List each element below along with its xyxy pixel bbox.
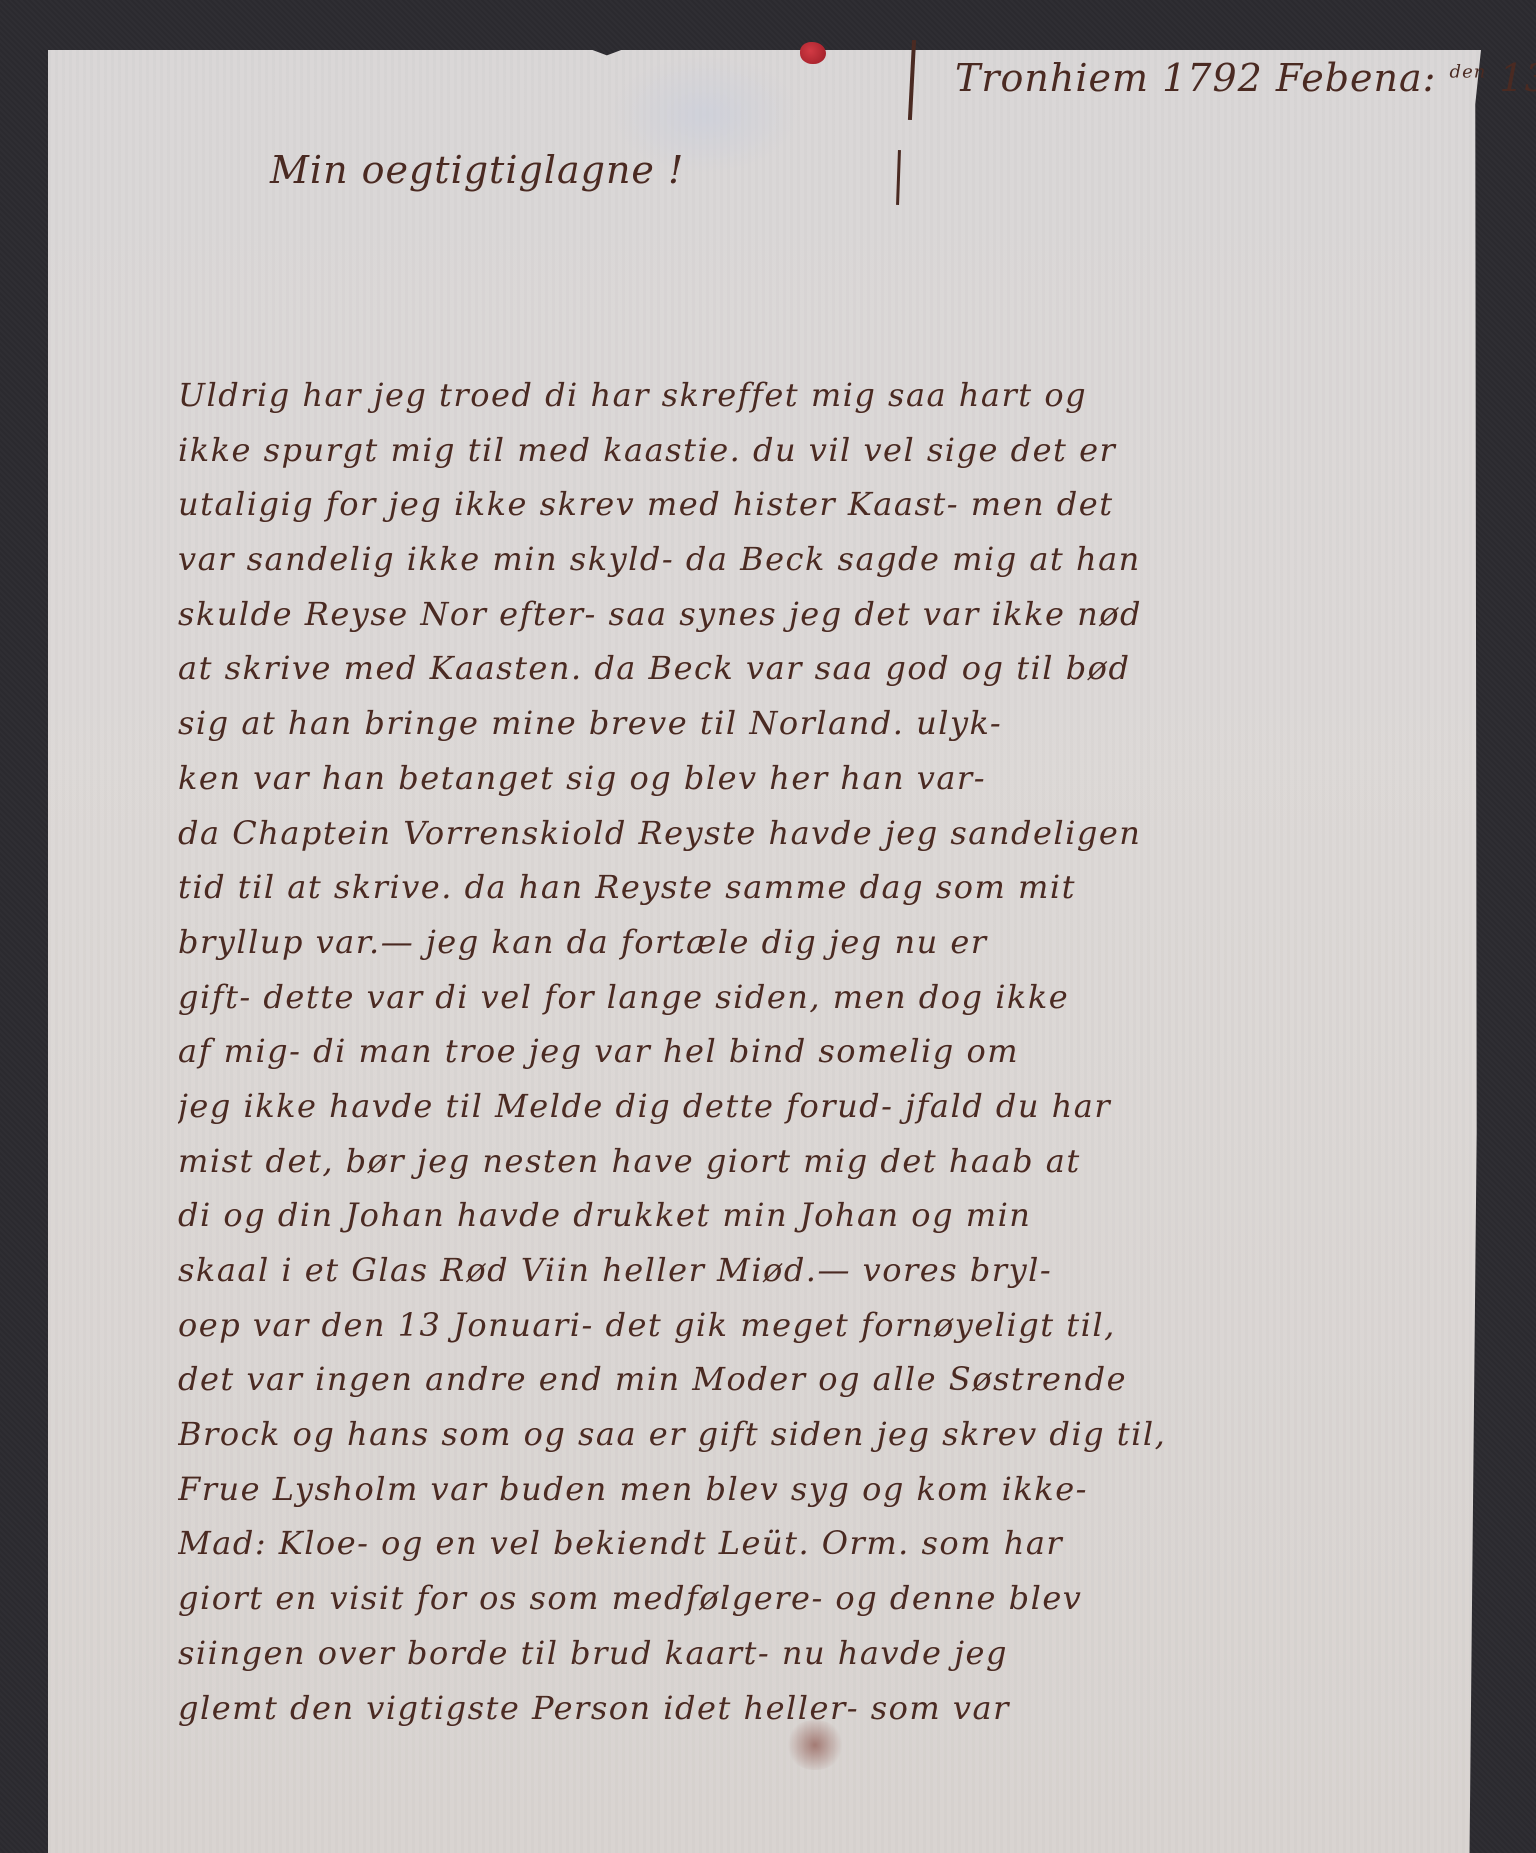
letter-line: Frue Lysholm var buden men blev syg og k… [178,1462,1478,1517]
wax-seal-remnant [800,42,826,64]
letter-line: tid til at skrive. da han Reyste samme d… [178,860,1478,915]
letter-line: skulde Reyse Nor efter- saa synes jeg de… [178,587,1478,642]
letter-line: siingen over borde til brud kaart- nu ha… [178,1626,1478,1681]
letter-line: af mig- di man troe jeg var hel bind som… [178,1024,1478,1079]
dateline-place: Tronhiem [955,56,1149,100]
letter-line: ikke spurgt mig til med kaastie. du vil … [178,423,1478,478]
letter-line: gift- dette var di vel for lange siden, … [178,970,1478,1025]
letter-line: da Chaptein Vorrenskiold Reyste havde je… [178,806,1478,861]
letter-body: Uldrig har jeg troed di har skreffet mig… [178,368,1478,1735]
dateline-year: 1792 [1162,56,1263,100]
letter-line: Uldrig har jeg troed di har skreffet mig… [178,368,1478,423]
letter-line: bryllup var.— jeg kan da fortæle dig jeg… [178,915,1478,970]
dateline-day-prefix: den [1450,61,1487,82]
letter-line: sig at han bringe mine breve til Norland… [178,696,1478,751]
letter-line: Mad: Kloe- og en vel bekiendt Leüt. Orm.… [178,1516,1478,1571]
dateline: Tronhiem 1792 Febena: den 13 [955,56,1536,100]
letter-line: mist det, bør jeg nesten have giort mig … [178,1134,1478,1189]
letter-line: skaal i et Glas Rød Viin heller Miød.— v… [178,1243,1478,1298]
letter-line: giort en visit for os som medfølgere- og… [178,1571,1478,1626]
letter-line: var sandelig ikke min skyld- da Beck sag… [178,532,1478,587]
letter-line: ken var han betanget sig og blev her han… [178,751,1478,806]
dateline-day: 13 [1499,56,1536,100]
letter-line: jeg ikke havde til Melde dig dette forud… [178,1079,1478,1134]
dateline-month: Febena: [1276,56,1437,100]
letter-line: at skrive med Kaasten. da Beck var saa g… [178,641,1478,696]
letter-line: utaligig for jeg ikke skrev med hister K… [178,477,1478,532]
letter-line: det var ingen andre end min Moder og all… [178,1352,1478,1407]
letter-line: Brock og hans som og saa er gift siden j… [178,1407,1478,1462]
letter-line: di og din Johan havde drukket min Johan … [178,1188,1478,1243]
letter-greeting: Min oegtigtiglagne ! [270,148,684,192]
letter-line: glemt den vigtigste Person idet heller- … [178,1681,1478,1736]
letter-line: oep var den 13 Jonuari- det gik meget fo… [178,1298,1478,1353]
